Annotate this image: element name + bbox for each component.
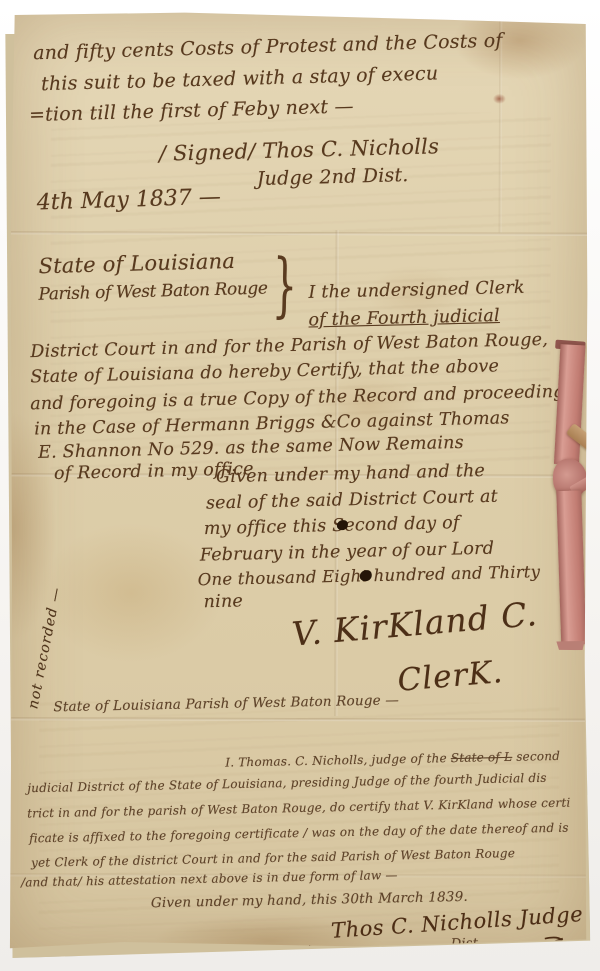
document-paper: not recorded — and fifty cents Costs of … bbox=[9, 11, 589, 951]
testimonium-line: seal of the said District Court at bbox=[206, 487, 498, 514]
signature-flourish bbox=[305, 912, 575, 965]
attestation-body-line: judicial District of the State of Louisi… bbox=[27, 771, 547, 795]
testimonium-line: Given under my hand and the bbox=[216, 461, 485, 487]
attestation-opening-suffix: second bbox=[512, 749, 560, 764]
binding-ribbon-bottom bbox=[556, 490, 586, 645]
attestation-body-line: yet Clerk of the district Court in and f… bbox=[31, 846, 515, 870]
fold-crease bbox=[11, 231, 589, 236]
attestation-body-line: /and that/ his attestation next above is… bbox=[21, 868, 398, 890]
attestation-body-line: trict in and for the parish of West Bato… bbox=[27, 796, 571, 821]
testimonium-line: my office this Second day of bbox=[204, 513, 460, 539]
binding-ribbon-top bbox=[554, 344, 586, 465]
margin-note-not-recorded: not recorded — bbox=[25, 586, 65, 711]
testimonium-line: February in the year of our Lord bbox=[200, 539, 495, 566]
attestation-opening-line: I. Thomas. C. Nicholls, judge of the Sta… bbox=[225, 749, 560, 770]
judgment-line: this suit to be taxed with a stay of exe… bbox=[41, 62, 439, 95]
signed-line: / Signed/ Thos C. Nicholls bbox=[159, 134, 440, 166]
clerk-signature-title: ClerK. bbox=[396, 654, 504, 699]
judgment-line: and fifty cents Costs of Protest and the… bbox=[33, 30, 503, 65]
fold-crease bbox=[9, 717, 587, 722]
date-line-1837: 4th May 1837 — bbox=[36, 185, 221, 216]
certificate-opening-line: I the undersigned Clerk bbox=[308, 278, 525, 303]
ribbon-frayed-end bbox=[556, 640, 584, 651]
certificate-opening-line: of the Fourth judicial bbox=[308, 306, 500, 331]
testimonium-line: nine bbox=[203, 591, 243, 612]
attestation-date-line: Given under my hand, this 30th March 183… bbox=[151, 889, 468, 911]
venue-state: State of Louisiana bbox=[38, 249, 235, 278]
photograph-background: not recorded — and fifty cents Costs of … bbox=[0, 0, 600, 971]
venue-parish: Parish of West Baton Rouge bbox=[38, 279, 268, 305]
attestation-body-line: ficate is affixed to the foregoing certi… bbox=[29, 821, 569, 846]
venue-brace: } bbox=[272, 243, 298, 327]
struck-out-text: State of L bbox=[451, 750, 513, 765]
attestation-opening-prefix: I. Thomas. C. Nicholls, judge of the bbox=[225, 751, 451, 770]
judgment-line: =tion till the first of Feby next — bbox=[29, 95, 354, 126]
attestation-venue-line: State of Louisiana Parish of West Baton … bbox=[53, 692, 399, 715]
certificate-body-line: State of Louisiana do hereby Certify, th… bbox=[30, 356, 499, 387]
signed-title: Judge 2nd Dist. bbox=[257, 164, 409, 190]
clerk-signature: V. KirKland C. bbox=[290, 594, 539, 654]
